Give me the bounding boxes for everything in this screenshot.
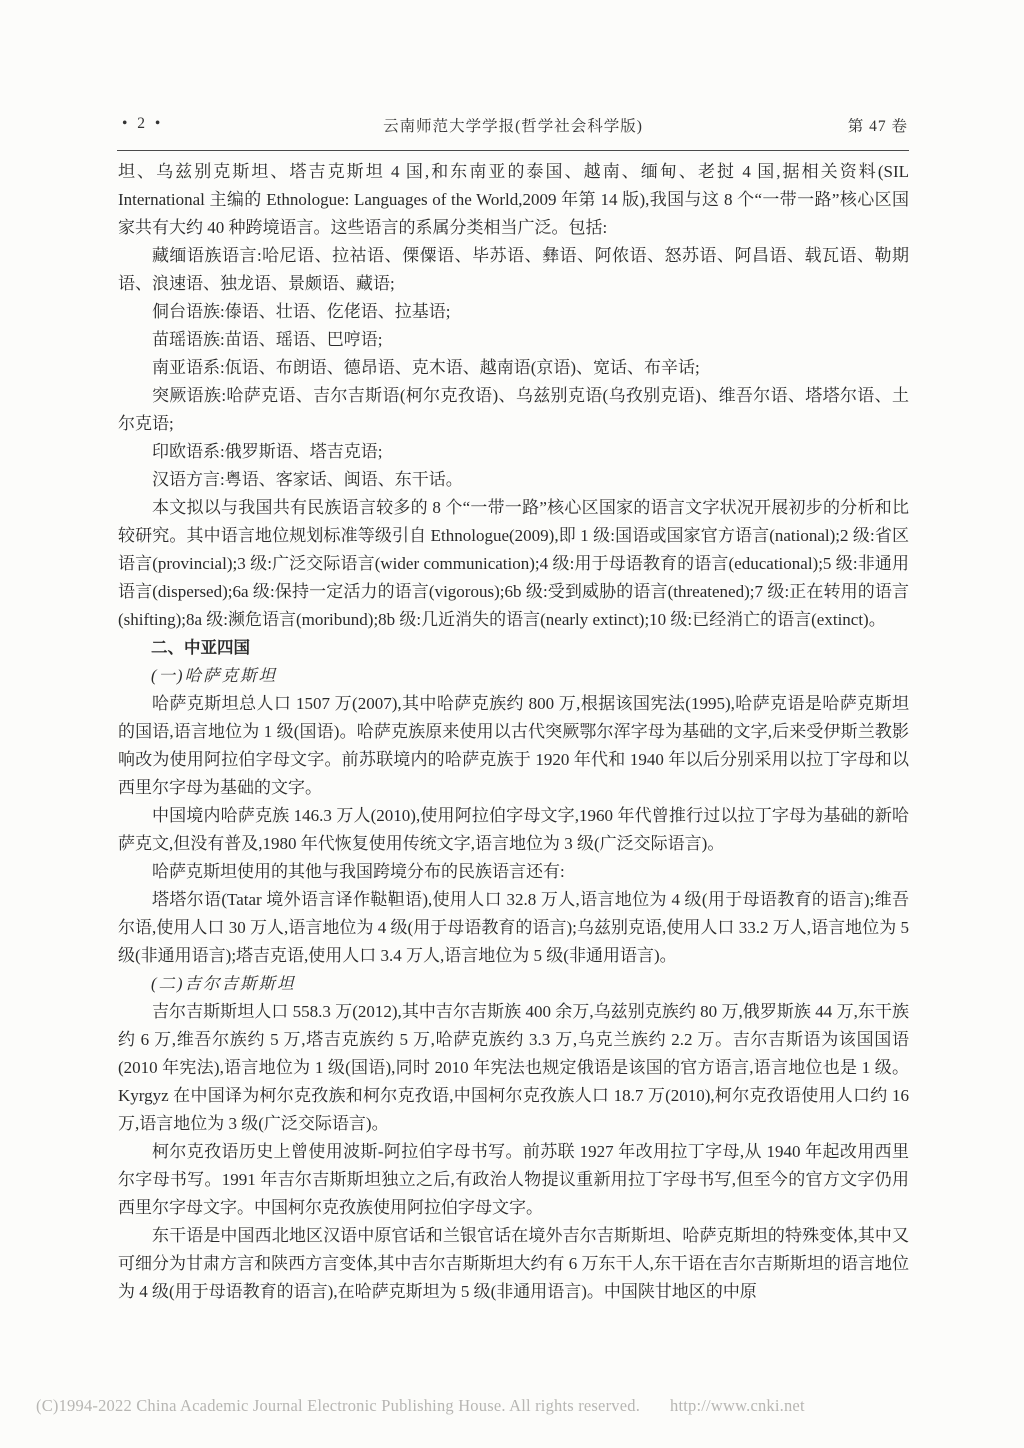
cnki-url: http://www.cnki.net [670, 1396, 805, 1415]
copyright-text: (C)1994-2022 China Academic Journal Elec… [36, 1396, 640, 1415]
paragraph: 哈萨克斯坦使用的其他与我国跨境分布的民族语言还有: [118, 858, 909, 886]
subsection-heading: (二)吉尔吉斯斯坦 [118, 970, 909, 998]
paragraph: 南亚语系:佤语、布朗语、德昂语、克木语、越南语(京语)、宽话、布辛话; [118, 354, 909, 382]
volume-label: 第 47 卷 [848, 114, 908, 136]
header-divider [117, 150, 909, 151]
paragraph: 侗台语族:傣语、壮语、仡佬语、拉基语; [118, 298, 909, 326]
paragraph: 中国境内哈萨克族 146.3 万人(2010),使用阿拉伯字母文字,1960 年… [118, 802, 909, 858]
journal-title: 云南师范大学学报(哲学社会科学版) [118, 114, 908, 136]
article-body: 坦、乌兹别克斯坦、塔吉克斯坦 4 国,和东南亚的泰国、越南、缅甸、老挝 4 国,… [118, 158, 909, 1306]
page-header: • 2 • 云南师范大学学报(哲学社会科学版) 第 47 卷 [118, 114, 908, 138]
document-page: • 2 • 云南师范大学学报(哲学社会科学版) 第 47 卷 坦、乌兹别克斯坦、… [0, 0, 1024, 1448]
subsection-heading: (一)哈萨克斯坦 [118, 662, 909, 690]
paragraph: 哈萨克斯坦总人口 1507 万(2007),其中哈萨克族约 800 万,根据该国… [118, 690, 909, 802]
paragraph: 塔塔尔语(Tatar 境外语言译作鞑靼语),使用人口 32.8 万人,语言地位为… [118, 886, 909, 970]
paragraph: 柯尔克孜语历史上曾使用波斯-阿拉伯字母书写。前苏联 1927 年改用拉丁字母,从… [118, 1138, 909, 1222]
paragraph: 突厥语族:哈萨克语、吉尔吉斯语(柯尔克孜语)、乌兹别克语(乌孜别克语)、维吾尔语… [118, 382, 909, 438]
page-footer: (C)1994-2022 China Academic Journal Elec… [36, 1396, 996, 1416]
paragraph: 印欧语系:俄罗斯语、塔吉克语; [118, 438, 909, 466]
section-heading: 二、中亚四国 [118, 634, 909, 662]
paragraph: 苗瑶语族:苗语、瑶语、巴哼语; [118, 326, 909, 354]
paragraph: 东干语是中国西北地区汉语中原官话和兰银官话在境外吉尔吉斯斯坦、哈萨克斯坦的特殊变… [118, 1222, 909, 1306]
paragraph: 本文拟以与我国共有民族语言较多的 8 个“一带一路”核心区国家的语言文字状况开展… [118, 494, 909, 634]
paragraph: 藏缅语族语言:哈尼语、拉祜语、傈僳语、毕苏语、彝语、阿侬语、怒苏语、阿昌语、载瓦… [118, 242, 909, 298]
paragraph: 汉语方言:粤语、客家话、闽语、东干话。 [118, 466, 909, 494]
paragraph-continuation: 坦、乌兹别克斯坦、塔吉克斯坦 4 国,和东南亚的泰国、越南、缅甸、老挝 4 国,… [118, 158, 909, 242]
paragraph: 吉尔吉斯斯坦人口 558.3 万(2012),其中吉尔吉斯族 400 余万,乌兹… [118, 998, 909, 1138]
